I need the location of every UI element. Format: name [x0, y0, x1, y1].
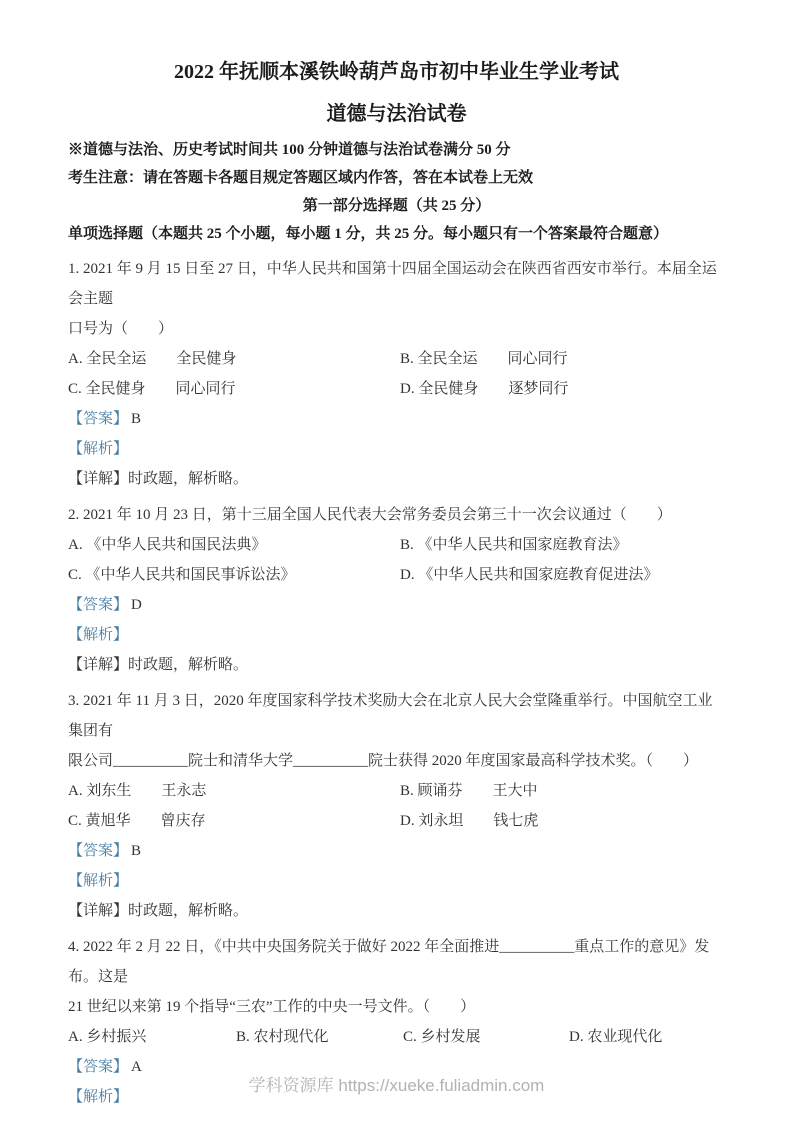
analysis-label: 【解析】: [68, 434, 725, 464]
detail-text: 时政题，解析略。: [128, 471, 248, 487]
question-3: 3. 2021 年 11 月 3 日，2020 年度国家科学技术奖励大会在北京人…: [68, 686, 725, 926]
answer-value: B: [128, 843, 141, 859]
option-d: D. 刘永坦 钱七虎: [400, 806, 725, 836]
detail-text: 时政题，解析略。: [128, 657, 248, 673]
question-stem-line: 21 世纪以来第 19 个指导“三农”工作的中央一号文件。（ ）: [68, 992, 725, 1022]
detail-line: 【详解】时政题，解析略。: [68, 896, 725, 926]
option-b: B. 全民全运 同心同行: [400, 344, 725, 374]
instruction-line: 单项选择题（本题共 25 个小题，每小题 1 分，共 25 分。每小题只有一个答…: [68, 220, 725, 248]
option-a: A. 刘东生 王永志: [68, 776, 400, 806]
answer-value: B: [128, 411, 141, 427]
exam-time-note: ※道德与法治、历史考试时间共 100 分钟道德与法治试卷满分 50 分: [68, 136, 725, 164]
question-stem-line: 3. 2021 年 11 月 3 日，2020 年度国家科学技术奖励大会在北京人…: [68, 686, 725, 746]
option-d: D. 全民健身 逐梦同行: [400, 374, 725, 404]
answer-label: 【答案】: [68, 597, 128, 613]
options-grid: A. 全民全运 全民健身 B. 全民全运 同心同行 C. 全民健身 同心同行 D…: [68, 344, 725, 404]
option-b: B. 顾诵芬 王大中: [400, 776, 725, 806]
question-stem-line: 口号为（ ）: [68, 314, 725, 344]
section-heading: 第一部分选择题（共 25 分）: [68, 192, 725, 220]
detail-text: 时政题，解析略。: [128, 903, 248, 919]
option-c: C. 全民健身 同心同行: [68, 374, 400, 404]
analysis-label: 【解析】: [68, 866, 725, 896]
exam-title: 2022 年抚顺本溪铁岭葫芦岛市初中毕业生学业考试: [68, 58, 725, 86]
question-stem-line: 2. 2021 年 10 月 23 日，第十三届全国人民代表大会常务委员会第三十…: [68, 500, 725, 530]
watermark-footer: 学科资源库 https://xueke.fuliadmin.com: [0, 1071, 793, 1096]
exam-paper-page: 2022 年抚顺本溪铁岭葫芦岛市初中毕业生学业考试 道德与法治试卷 ※道德与法治…: [0, 0, 793, 1122]
detail-line: 【详解】时政题，解析略。: [68, 650, 725, 680]
options-grid: A. 《中华人民共和国民法典》 B. 《中华人民共和国家庭教育法》 C. 《中华…: [68, 530, 725, 590]
options-grid: A. 刘东生 王永志 B. 顾诵芬 王大中 C. 黄旭华 曾庆存 D. 刘永坦 …: [68, 776, 725, 836]
answer-label: 【答案】: [68, 411, 128, 427]
exam-subtitle: 道德与法治试卷: [68, 100, 725, 128]
option-a: A. 乡村振兴: [68, 1022, 236, 1052]
answer-line: 【答案】B: [68, 404, 725, 434]
question-stem-line: 限公司__________院士和清华大学__________院士获得 2020 …: [68, 746, 725, 776]
analysis-label: 【解析】: [68, 620, 725, 650]
answer-line: 【答案】B: [68, 836, 725, 866]
detail-label: 【详解】: [68, 471, 128, 487]
options-grid: A. 乡村振兴 B. 农村现代化 C. 乡村发展 D. 农业现代化: [68, 1022, 725, 1052]
answer-label: 【答案】: [68, 843, 128, 859]
option-c: C. 乡村发展: [403, 1022, 569, 1052]
option-b: B. 《中华人民共和国家庭教育法》: [400, 530, 725, 560]
detail-label: 【详解】: [68, 903, 128, 919]
exam-content: 2022 年抚顺本溪铁岭葫芦岛市初中毕业生学业考试 道德与法治试卷 ※道德与法治…: [0, 0, 793, 1112]
question-stem-line: 1. 2021 年 9 月 15 日至 27 日，中华人民共和国第十四届全国运动…: [68, 254, 725, 314]
question-2: 2. 2021 年 10 月 23 日，第十三届全国人民代表大会常务委员会第三十…: [68, 500, 725, 680]
answer-value: D: [128, 597, 142, 613]
option-d: D. 《中华人民共和国家庭教育促进法》: [400, 560, 725, 590]
option-b: B. 农村现代化: [236, 1022, 403, 1052]
question-stem-line: 4. 2022 年 2 月 22 日，《中共中央国务院关于做好 2022 年全面…: [68, 932, 725, 992]
detail-label: 【详解】: [68, 657, 128, 673]
option-c: C. 黄旭华 曾庆存: [68, 806, 400, 836]
option-a: A. 全民全运 全民健身: [68, 344, 400, 374]
candidate-note: 考生注意：请在答题卡各题目规定答题区域内作答，答在本试卷上无效: [68, 164, 725, 192]
option-a: A. 《中华人民共和国民法典》: [68, 530, 400, 560]
option-d: D. 农业现代化: [569, 1022, 725, 1052]
question-1: 1. 2021 年 9 月 15 日至 27 日，中华人民共和国第十四届全国运动…: [68, 254, 725, 494]
option-c: C. 《中华人民共和国民事诉讼法》: [68, 560, 400, 590]
answer-line: 【答案】D: [68, 590, 725, 620]
detail-line: 【详解】时政题，解析略。: [68, 464, 725, 494]
